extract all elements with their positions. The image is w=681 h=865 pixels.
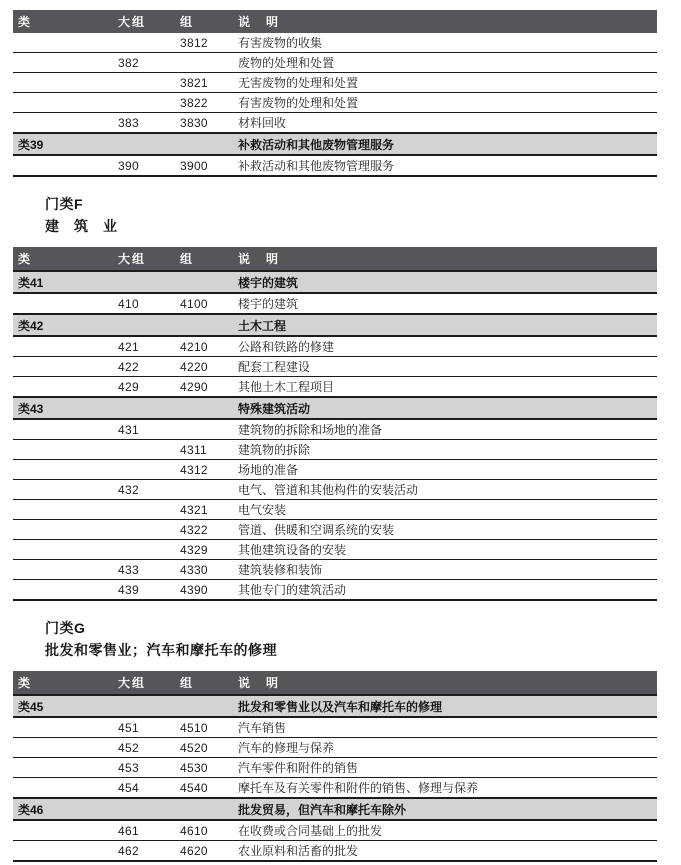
table-header-row: 类 大组 组 说 明	[13, 10, 657, 33]
cell-group: 4620	[175, 841, 233, 862]
cell-division: 382	[113, 53, 175, 73]
cell-class	[13, 293, 113, 314]
table-row: 4321 电气安装	[13, 500, 657, 520]
cell-division	[113, 695, 175, 717]
cell-description: 汽车的修理与保养	[233, 738, 657, 758]
cell-description: 建筑装修和装饰	[233, 560, 657, 580]
cell-division	[113, 798, 175, 820]
cell-group: 4520	[175, 738, 233, 758]
cell-description: 批发和零售业以及汽车和摩托车的修理	[233, 695, 657, 717]
col-header-division: 大组	[113, 247, 175, 271]
cell-description: 废物的处理和处置	[233, 53, 657, 73]
cell-class	[13, 560, 113, 580]
table-row: 433 4330 建筑装修和装饰	[13, 560, 657, 580]
cell-division	[113, 520, 175, 540]
table-row: 3822 有害废物的处理和处置	[13, 93, 657, 113]
cell-class: 类41	[13, 271, 113, 293]
col-header-description: 说 明	[233, 247, 657, 271]
section-title: 批发和零售业；汽车和摩托车的修理	[45, 639, 681, 661]
col-header-class: 类	[13, 10, 113, 33]
cell-division	[113, 133, 175, 155]
table-row: 4329 其他建筑设备的安装	[13, 540, 657, 560]
cell-group	[175, 419, 233, 440]
table-row: 462 4620 农业原料和活畜的批发	[13, 841, 657, 862]
cell-division: 383	[113, 113, 175, 134]
cell-group: 4311	[175, 440, 233, 460]
cell-group: 4312	[175, 460, 233, 480]
cell-description: 在收费或合同基础上的批发	[233, 820, 657, 841]
table-header-row: 类 大组 组 说 明	[13, 671, 657, 695]
cell-description: 建筑物的拆除	[233, 440, 657, 460]
cell-description: 电气安装	[233, 500, 657, 520]
table-body: 3812 有害废物的收集 382 废物的处理和处置 3821 无害废物的处理和处…	[13, 33, 657, 176]
cell-group: 4610	[175, 820, 233, 841]
table-row: 类46 批发贸易，但汽车和摩托车除外	[13, 798, 657, 820]
cell-group: 4321	[175, 500, 233, 520]
cell-description: 摩托车及有关零件和附件的销售、修理与保养	[233, 778, 657, 799]
cell-description: 管道、供暖和空调系统的安装	[233, 520, 657, 540]
cell-division	[113, 73, 175, 93]
cell-division: 410	[113, 293, 175, 314]
cell-division: 390	[113, 155, 175, 176]
cell-group: 4290	[175, 377, 233, 398]
classification-section: 类 大组 组 说 明 3812 有害废物的收集 382 废物的处理和处置 382…	[0, 10, 681, 177]
cell-division: 431	[113, 419, 175, 440]
cell-division: 454	[113, 778, 175, 799]
cell-description: 农业原料和活畜的批发	[233, 841, 657, 862]
cell-class: 类46	[13, 798, 113, 820]
cell-description: 其他专门的建筑活动	[233, 580, 657, 601]
cell-division	[113, 314, 175, 336]
cell-description: 汽车销售	[233, 717, 657, 738]
cell-group	[175, 271, 233, 293]
section-code: 门类F	[45, 193, 681, 215]
table-row: 390 3900 补救活动和其他废物管理服务	[13, 155, 657, 176]
cell-description: 材料回收	[233, 113, 657, 134]
table-row: 类43 特殊建筑活动	[13, 397, 657, 419]
cell-class	[13, 500, 113, 520]
cell-class	[13, 53, 113, 73]
cell-description: 汽车零件和附件的销售	[233, 758, 657, 778]
cell-class: 类39	[13, 133, 113, 155]
cell-class: 类45	[13, 695, 113, 717]
cell-description: 其他土木工程项目	[233, 377, 657, 398]
cell-division	[113, 271, 175, 293]
table-row: 383 3830 材料回收	[13, 113, 657, 134]
table-row: 4322 管道、供暖和空调系统的安装	[13, 520, 657, 540]
cell-description: 其他建筑设备的安装	[233, 540, 657, 560]
cell-division: 461	[113, 820, 175, 841]
cell-class	[13, 540, 113, 560]
classification-table: 类 大组 组 说 明 3812 有害废物的收集 382 废物的处理和处置 382…	[13, 10, 657, 177]
cell-group: 3821	[175, 73, 233, 93]
cell-division: 451	[113, 717, 175, 738]
table-header: 类 大组 组 说 明	[13, 10, 657, 33]
cell-class	[13, 480, 113, 500]
cell-group: 4390	[175, 580, 233, 601]
cell-division: 462	[113, 841, 175, 862]
cell-class	[13, 377, 113, 398]
table-row: 3821 无害废物的处理和处置	[13, 73, 657, 93]
cell-division: 429	[113, 377, 175, 398]
cell-class	[13, 580, 113, 601]
cell-description: 特殊建筑活动	[233, 397, 657, 419]
section-title: 建 筑 业	[45, 215, 681, 237]
cell-class	[13, 758, 113, 778]
cell-class	[13, 820, 113, 841]
cell-group	[175, 133, 233, 155]
cell-class	[13, 440, 113, 460]
table-header-row: 类 大组 组 说 明	[13, 247, 657, 271]
cell-class	[13, 336, 113, 357]
cell-description: 楼宇的建筑	[233, 271, 657, 293]
table-row: 453 4530 汽车零件和附件的销售	[13, 758, 657, 778]
cell-class	[13, 357, 113, 377]
col-header-class: 类	[13, 247, 113, 271]
cell-description: 补救活动和其他废物管理服务	[233, 155, 657, 176]
table-row: 432 电气、管道和其他构件的安装活动	[13, 480, 657, 500]
cell-class: 类43	[13, 397, 113, 419]
sections-container: 类 大组 组 说 明 3812 有害废物的收集 382 废物的处理和处置 382…	[0, 10, 681, 862]
cell-class	[13, 73, 113, 93]
cell-class	[13, 778, 113, 799]
col-header-group: 组	[175, 671, 233, 695]
section-heading: 门类F 建 筑 业	[45, 193, 681, 237]
cell-class	[13, 520, 113, 540]
table-row: 452 4520 汽车的修理与保养	[13, 738, 657, 758]
cell-class: 类42	[13, 314, 113, 336]
table-header: 类 大组 组 说 明	[13, 247, 657, 271]
cell-group: 4210	[175, 336, 233, 357]
table-row: 4312 场地的准备	[13, 460, 657, 480]
table-row: 410 4100 楼宇的建筑	[13, 293, 657, 314]
table-row: 类42 土木工程	[13, 314, 657, 336]
cell-division: 421	[113, 336, 175, 357]
cell-description: 有害废物的收集	[233, 33, 657, 53]
col-header-description: 说 明	[233, 671, 657, 695]
cell-description: 补救活动和其他废物管理服务	[233, 133, 657, 155]
cell-description: 公路和铁路的修建	[233, 336, 657, 357]
cell-group: 4100	[175, 293, 233, 314]
cell-group	[175, 798, 233, 820]
table-row: 431 建筑物的拆除和场地的准备	[13, 419, 657, 440]
table-row: 421 4210 公路和铁路的修建	[13, 336, 657, 357]
classification-section: 门类F 建 筑 业 类 大组 组 说 明 类41 楼宇的建筑 410 4100	[0, 193, 681, 601]
cell-description: 无害废物的处理和处置	[233, 73, 657, 93]
cell-division	[113, 460, 175, 480]
cell-division	[113, 33, 175, 53]
cell-division: 422	[113, 357, 175, 377]
classification-section: 门类G 批发和零售业；汽车和摩托车的修理 类 大组 组 说 明 类45 批发和零…	[0, 617, 681, 862]
cell-group: 3822	[175, 93, 233, 113]
cell-class	[13, 717, 113, 738]
table-row: 429 4290 其他土木工程项目	[13, 377, 657, 398]
table-row: 类41 楼宇的建筑	[13, 271, 657, 293]
cell-class	[13, 113, 113, 134]
table-body: 类41 楼宇的建筑 410 4100 楼宇的建筑 类42 土木工程 421 42…	[13, 271, 657, 600]
cell-division: 439	[113, 580, 175, 601]
col-header-description: 说 明	[233, 10, 657, 33]
cell-division: 433	[113, 560, 175, 580]
cell-group: 4330	[175, 560, 233, 580]
cell-group: 4530	[175, 758, 233, 778]
cell-group: 3900	[175, 155, 233, 176]
table-row: 451 4510 汽车销售	[13, 717, 657, 738]
cell-group: 4510	[175, 717, 233, 738]
cell-group: 4540	[175, 778, 233, 799]
col-header-group: 组	[175, 247, 233, 271]
cell-division	[113, 93, 175, 113]
cell-division	[113, 500, 175, 520]
cell-description: 楼宇的建筑	[233, 293, 657, 314]
cell-group	[175, 480, 233, 500]
cell-group: 3812	[175, 33, 233, 53]
cell-group	[175, 53, 233, 73]
table-row: 类39 补救活动和其他废物管理服务	[13, 133, 657, 155]
cell-division: 453	[113, 758, 175, 778]
cell-class	[13, 419, 113, 440]
table-row: 439 4390 其他专门的建筑活动	[13, 580, 657, 601]
cell-class	[13, 33, 113, 53]
cell-description: 配套工程建设	[233, 357, 657, 377]
cell-description: 土木工程	[233, 314, 657, 336]
cell-description: 场地的准备	[233, 460, 657, 480]
cell-group: 4322	[175, 520, 233, 540]
cell-division	[113, 397, 175, 419]
table-row: 454 4540 摩托车及有关零件和附件的销售、修理与保养	[13, 778, 657, 799]
cell-division: 452	[113, 738, 175, 758]
cell-group	[175, 397, 233, 419]
classification-table: 类 大组 组 说 明 类41 楼宇的建筑 410 4100 楼宇的建筑 类42 …	[13, 247, 657, 601]
cell-division	[113, 540, 175, 560]
cell-class	[13, 841, 113, 862]
col-header-division: 大组	[113, 671, 175, 695]
cell-description: 建筑物的拆除和场地的准备	[233, 419, 657, 440]
col-header-group: 组	[175, 10, 233, 33]
cell-class	[13, 155, 113, 176]
cell-group	[175, 695, 233, 717]
section-code: 门类G	[45, 617, 681, 639]
cell-group	[175, 314, 233, 336]
table-row: 类45 批发和零售业以及汽车和摩托车的修理	[13, 695, 657, 717]
classification-table: 类 大组 组 说 明 类45 批发和零售业以及汽车和摩托车的修理 451 451…	[13, 671, 657, 862]
table-row: 461 4610 在收费或合同基础上的批发	[13, 820, 657, 841]
table-body: 类45 批发和零售业以及汽车和摩托车的修理 451 4510 汽车销售 452 …	[13, 695, 657, 861]
table-header: 类 大组 组 说 明	[13, 671, 657, 695]
cell-division	[113, 440, 175, 460]
col-header-division: 大组	[113, 10, 175, 33]
table-row: 3812 有害废物的收集	[13, 33, 657, 53]
table-row: 4311 建筑物的拆除	[13, 440, 657, 460]
col-header-class: 类	[13, 671, 113, 695]
cell-class	[13, 460, 113, 480]
cell-group: 4329	[175, 540, 233, 560]
cell-description: 电气、管道和其他构件的安装活动	[233, 480, 657, 500]
classification-document-page: 类 大组 组 说 明 3812 有害废物的收集 382 废物的处理和处置 382…	[0, 0, 681, 865]
cell-group: 3830	[175, 113, 233, 134]
cell-division: 432	[113, 480, 175, 500]
cell-description: 有害废物的处理和处置	[233, 93, 657, 113]
table-row: 422 4220 配套工程建设	[13, 357, 657, 377]
cell-class	[13, 738, 113, 758]
table-row: 382 废物的处理和处置	[13, 53, 657, 73]
cell-class	[13, 93, 113, 113]
section-heading: 门类G 批发和零售业；汽车和摩托车的修理	[45, 617, 681, 661]
cell-description: 批发贸易，但汽车和摩托车除外	[233, 798, 657, 820]
cell-group: 4220	[175, 357, 233, 377]
